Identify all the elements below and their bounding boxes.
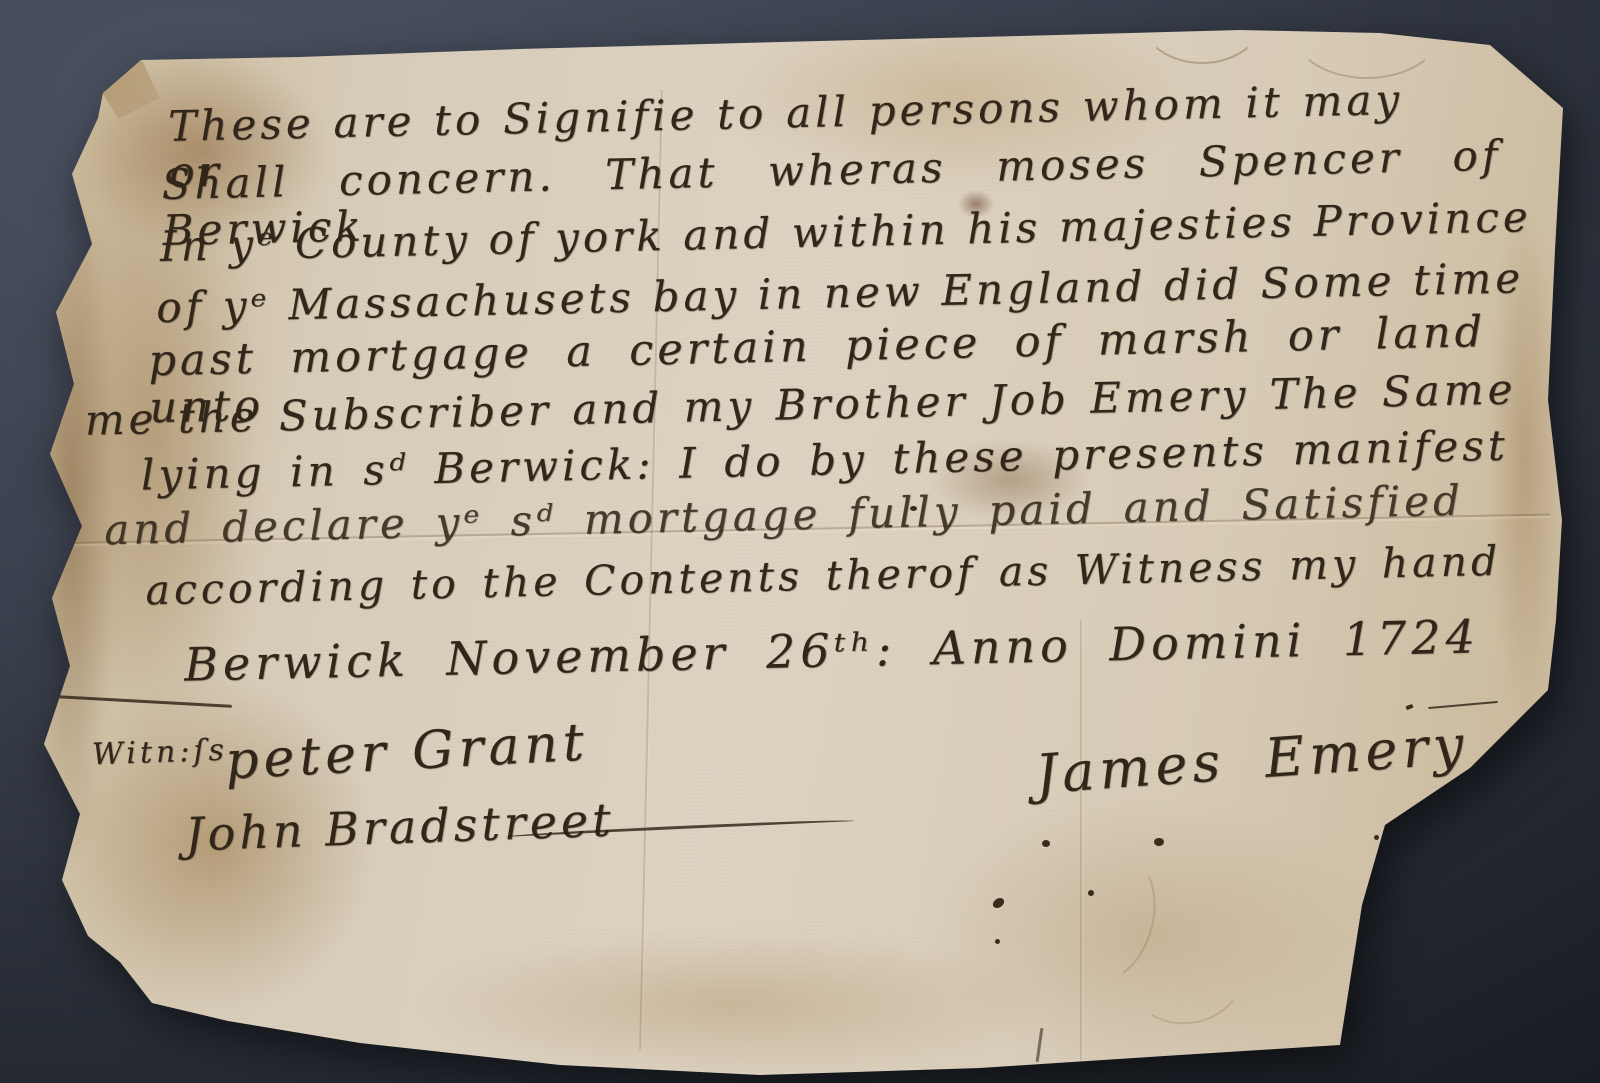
- manuscript-line-10: Berwick November 26ᵗʰ: Anno Domini 1724: [184, 611, 1481, 690]
- witness-label: Witn:ſs: [91, 733, 228, 773]
- photo-backdrop: These are to Signifie to all persons who…: [0, 0, 1600, 1083]
- paper-shadow: These are to Signifie to all persons who…: [0, 0, 1600, 1083]
- manuscript-line-9: according to the Contents therof as Witn…: [145, 539, 1502, 614]
- manuscript-text: These are to Signifie to all persons who…: [0, 0, 1600, 1083]
- document-paper: These are to Signifie to all persons who…: [0, 0, 1600, 1083]
